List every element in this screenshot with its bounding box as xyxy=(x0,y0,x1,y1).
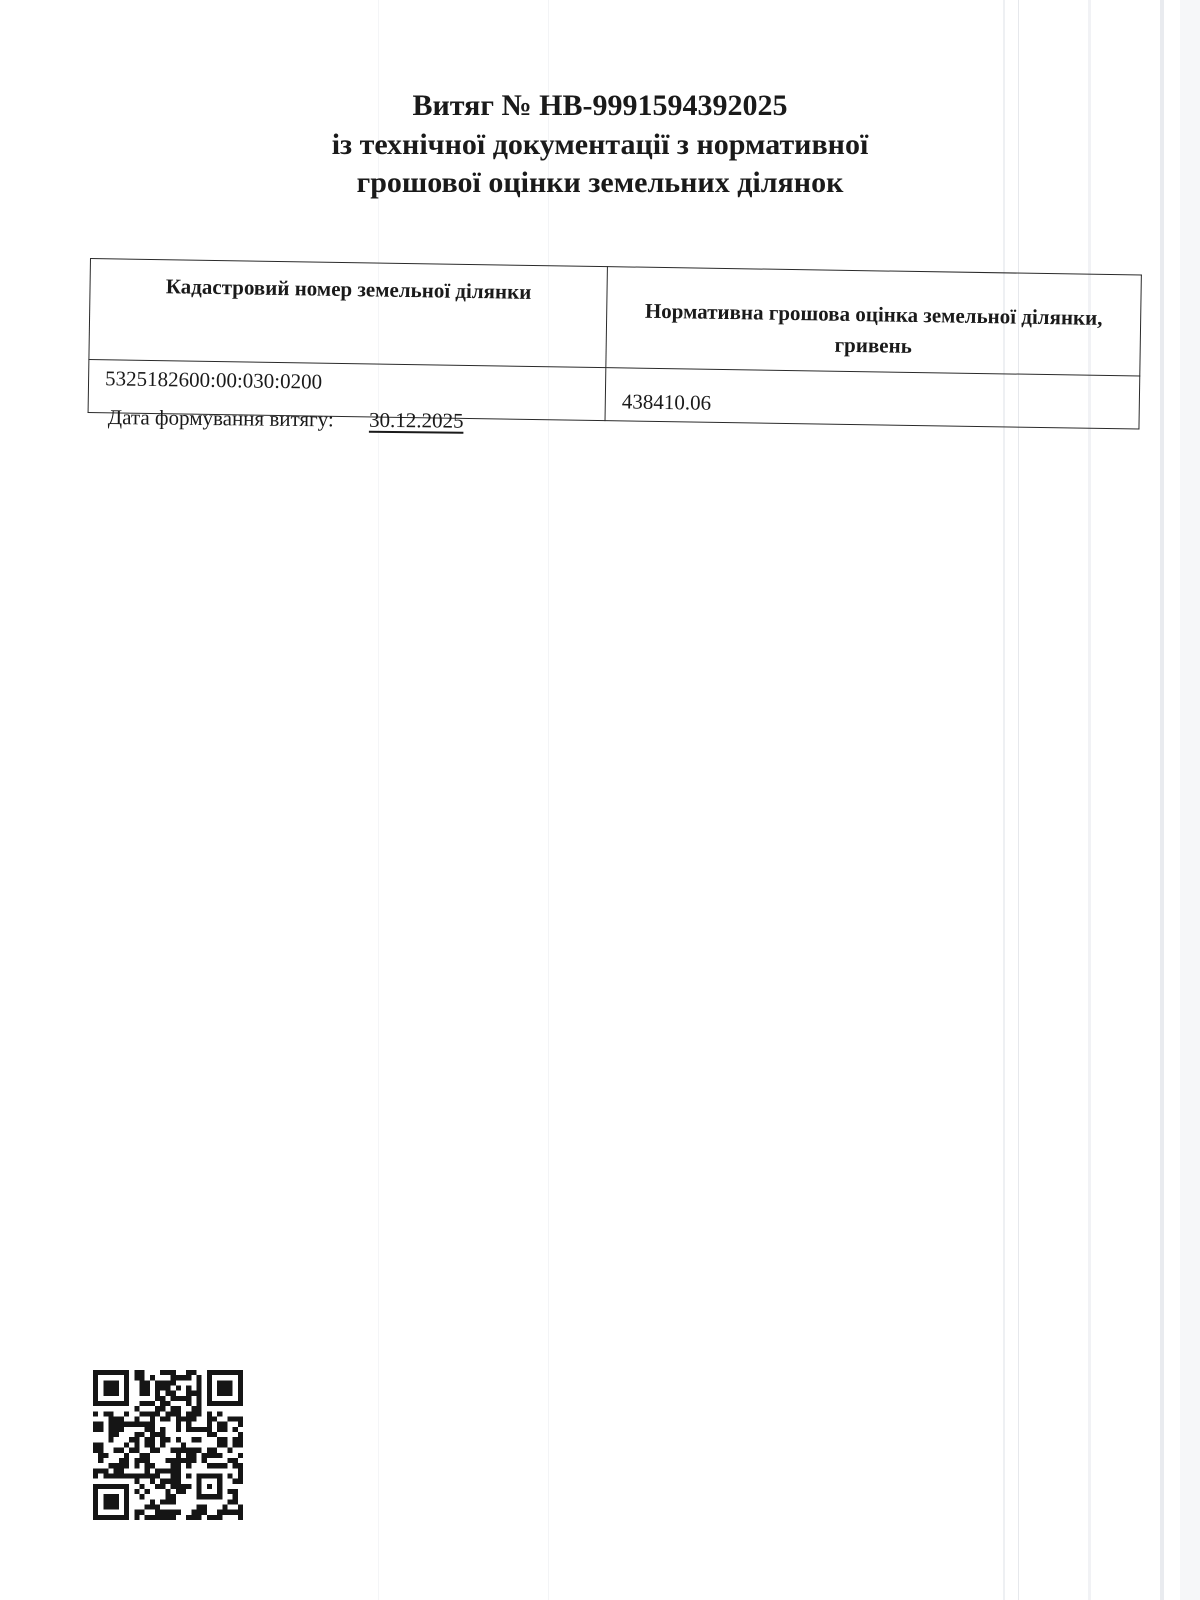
extract-date-row: Дата формування витягу: 30.12.2025 xyxy=(108,405,464,434)
title-subline-1: із технічної документації з нормативної xyxy=(0,126,1200,164)
scan-streak xyxy=(1180,0,1200,1600)
scan-streak xyxy=(378,0,379,1600)
qr-code-icon xyxy=(93,1369,243,1521)
scan-streak xyxy=(1088,0,1091,1600)
header-normative-value: Нормативна грошова оцінка земельної діля… xyxy=(606,267,1142,376)
scan-streak xyxy=(1003,0,1005,1600)
table-header-row: Кадастровий номер земельної ділянки Норм… xyxy=(89,259,1141,376)
header-cadastral-number: Кадастровий номер земельної ділянки xyxy=(89,259,608,368)
cell-normative-value: 438410.06 xyxy=(605,368,1140,429)
extract-number-title: Витяг № НВ-9991594392025 xyxy=(0,86,1200,126)
scan-streak xyxy=(1160,0,1164,1600)
title-subline-2: грошової оцінки земельних ділянок xyxy=(0,164,1200,202)
valuation-table: Кадастровий номер земельної ділянки Норм… xyxy=(88,258,1142,430)
date-label: Дата формування витягу: xyxy=(108,405,334,432)
date-value: 30.12.2025 xyxy=(369,408,464,434)
document-title: Витяг № НВ-9991594392025 із технічної до… xyxy=(0,86,1200,202)
scan-streak xyxy=(548,0,549,1600)
scan-streak xyxy=(1018,0,1019,1600)
